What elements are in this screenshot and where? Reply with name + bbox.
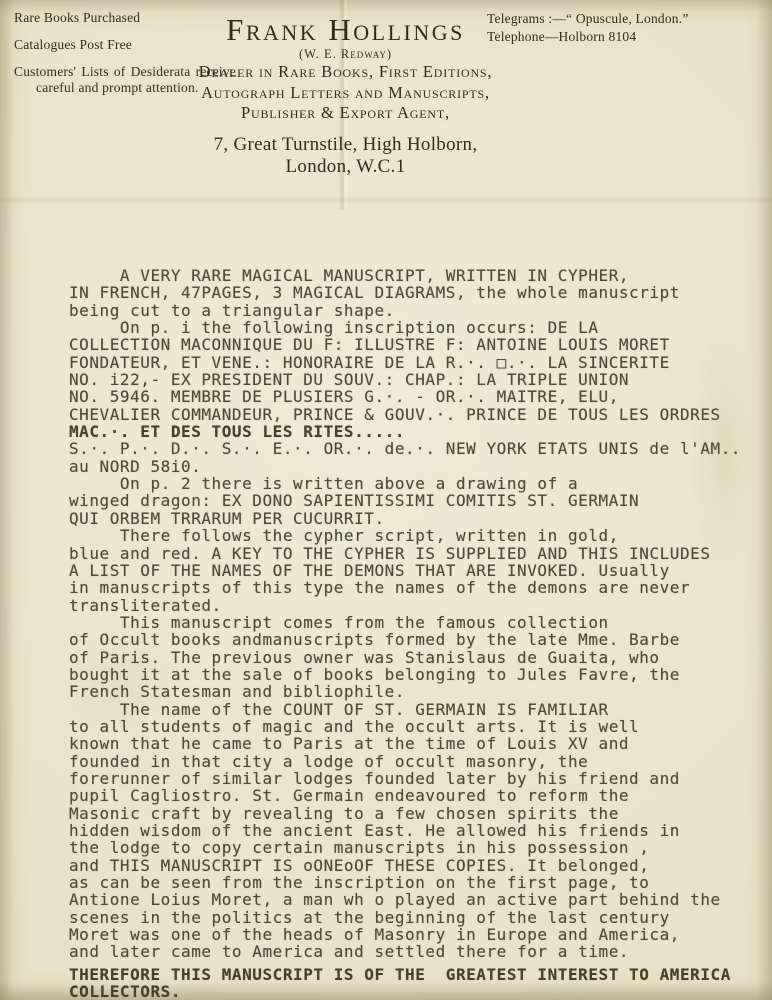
- typed-line: winged dragon: EX DONO SAPIENTISSIMI COM…: [69, 492, 759, 509]
- typed-line: There follows the cypher script, written…: [69, 527, 759, 544]
- typed-line: COLLECTION MACONNIQUE DU F: ILLUSTRE F: …: [69, 336, 759, 353]
- typed-line: transliterated.: [69, 597, 759, 614]
- typed-line: THEREFORE THIS MANUSCRIPT IS OF THE GREA…: [69, 966, 759, 983]
- typed-line: in manuscripts of this type the names of…: [69, 579, 759, 596]
- typed-line: of Occult books andmanuscripts formed by…: [69, 631, 759, 648]
- typed-line: The name of the COUNT OF ST. GERMAIN IS …: [69, 701, 759, 718]
- typed-line: Antione Loius Moret, a man wh o played a…: [69, 891, 759, 908]
- typed-line: and THIS MANUSCRIPT IS oONEoOF THESE COP…: [69, 857, 759, 874]
- typed-line: COLLECTORS.: [69, 983, 759, 1000]
- proprietor-name: (W. E. Redway): [173, 47, 518, 61]
- typed-line: On p. i the following inscription occurs…: [69, 319, 759, 336]
- typed-line: known that he came to Paris at the time …: [69, 735, 759, 752]
- typed-line: A LIST OF THE NAMES OF THE DEMONS THAT A…: [69, 562, 759, 579]
- typed-line: French Statesman and bibliophile.: [69, 683, 759, 700]
- typed-line: S.·. P.·. D.·. S.·. E.·. OR.·. de.·. NEW…: [69, 440, 759, 457]
- typed-line: CHEVALIER COMMANDEUR, PRINCE & GOUV.·. P…: [69, 406, 759, 423]
- business-name: Frank Hollings: [173, 14, 518, 46]
- letterhead: Rare Books PurchasedCatalogues Post Free…: [0, 0, 772, 175]
- typed-line: blue and red. A KEY TO THE CYPHER IS SUP…: [69, 545, 759, 562]
- typed-line: au NORD 58i0.: [69, 458, 759, 475]
- typed-line: as can be seen from the inscription on t…: [69, 874, 759, 891]
- typed-line: being cut to a triangular shape.: [69, 302, 759, 319]
- typed-line: of Paris. The previous owner was Stanisl…: [69, 649, 759, 666]
- typed-line: forerunner of similar lodges founded lat…: [69, 770, 759, 787]
- typed-line: MAC.·. ET DES TOUS LES RITES.....: [69, 423, 759, 440]
- typed-line: to all students of magic and the occult …: [69, 718, 759, 735]
- telegrams-line: Telegrams :—“ Opuscule, London.”: [487, 10, 757, 28]
- document-page: Rare Books PurchasedCatalogues Post Free…: [0, 0, 772, 1000]
- typed-line: NO. 5946. MEMBRE DE PLUSIERS G.·. - OR.·…: [69, 388, 759, 405]
- letterhead-center: Frank Hollings (W. E. Redway) Dealer in …: [173, 14, 518, 178]
- typed-line: Masonic craft by revealing to a few chos…: [69, 805, 759, 822]
- typed-line: This manuscript comes from the famous co…: [69, 614, 759, 631]
- typed-line: On p. 2 there is written above a drawing…: [69, 475, 759, 492]
- typed-line: IN FRENCH, 47PAGES, 3 MAGICAL DIAGRAMS, …: [69, 284, 759, 301]
- paper-crease: [0, 196, 772, 204]
- typed-line: founded in that city a lodge of occult m…: [69, 753, 759, 770]
- business-role-line: Dealer in Rare Books, First Editions,: [173, 62, 518, 82]
- typed-line: NO. i22,- EX PRESIDENT DU SOUV.: CHAP.: …: [69, 371, 759, 388]
- typed-line: pupil Cagliostro. St. Germain endeavoure…: [69, 787, 759, 804]
- telephone-line: Telephone—Holborn 8104: [487, 28, 757, 46]
- typed-line: QUI ORBEM TRRARUM PER CUCURRIT.: [69, 510, 759, 527]
- typed-line: Moret was one of the heads of Masonry in…: [69, 926, 759, 943]
- typed-line: bought it at the sale of books belonging…: [69, 666, 759, 683]
- business-role-line: Publisher & Export Agent,: [173, 103, 518, 123]
- letterhead-contact: Telegrams :—“ Opuscule, London.” Telepho…: [487, 10, 757, 46]
- typed-line: hidden wisdom of the ancient East. He al…: [69, 822, 759, 839]
- typed-line: and later came to America and settled th…: [69, 943, 759, 960]
- typed-line: FONDATEUR, ET VENE.: HONORAIRE DE LA R.·…: [69, 354, 759, 371]
- business-role-lines: Dealer in Rare Books, First Editions,Aut…: [173, 62, 518, 123]
- typewritten-body: A VERY RARE MAGICAL MANUSCRIPT, WRITTEN …: [69, 267, 759, 1000]
- typed-line: scenes in the politics at the beginning …: [69, 909, 759, 926]
- street-address: 7, Great Turnstile, High Holborn,: [173, 134, 518, 156]
- typed-line: the lodge to copy certain manuscripts in…: [69, 839, 759, 856]
- business-role-line: Autograph Letters and Manuscripts,: [173, 83, 518, 103]
- typed-line: A VERY RARE MAGICAL MANUSCRIPT, WRITTEN …: [69, 267, 759, 284]
- city-address: London, W.C.1: [173, 156, 518, 178]
